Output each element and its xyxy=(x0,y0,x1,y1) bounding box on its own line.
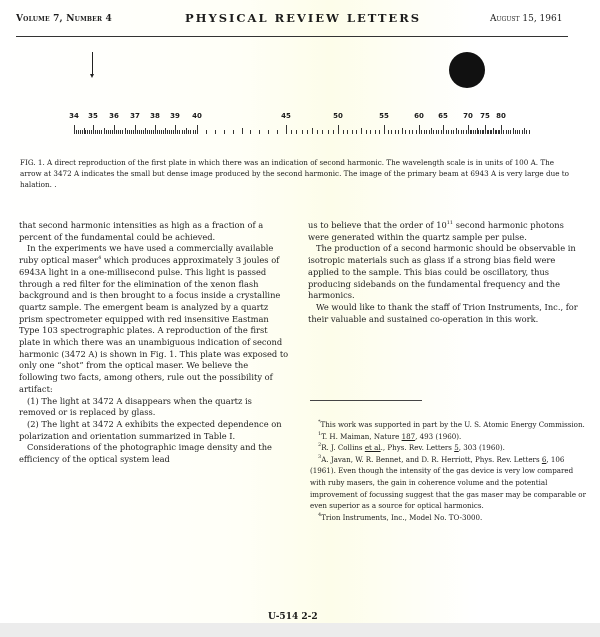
scale-tick xyxy=(169,130,170,134)
scale-tick xyxy=(451,130,452,134)
scale-tick xyxy=(338,125,339,134)
paragraph: (2) The light at 3472 A exhibits the exp… xyxy=(19,419,289,442)
scale-tick xyxy=(165,128,166,134)
scale-tick xyxy=(508,130,509,134)
scale-tick xyxy=(366,130,367,134)
scale-tick xyxy=(87,130,88,134)
scale-tick xyxy=(307,130,308,134)
scale-tick xyxy=(302,130,303,134)
viewer-bottom-band xyxy=(0,623,600,637)
scale-tick xyxy=(416,130,417,134)
scale-label: 39 xyxy=(170,112,180,120)
scale-tick xyxy=(503,130,504,134)
scale-tick xyxy=(398,130,399,134)
scale-label: 34 xyxy=(69,112,79,120)
footnotes: *This work was supported in part by the … xyxy=(310,419,590,523)
scale-label: 50 xyxy=(333,112,343,120)
scale-label: 65 xyxy=(438,112,448,120)
scale-tick xyxy=(101,130,102,134)
scale-tick xyxy=(188,130,189,134)
scale-tick xyxy=(347,130,348,134)
scale-label: 80 xyxy=(496,112,506,120)
scale-tick xyxy=(97,130,98,134)
scale-tick xyxy=(379,130,380,134)
scale-tick xyxy=(424,130,425,134)
scale-label: 36 xyxy=(109,112,119,120)
footnote: 2R. J. Collins et al., Phys. Rev. Letter… xyxy=(310,442,590,454)
second-harmonic-arrow-icon xyxy=(92,52,93,76)
scale-tick xyxy=(186,128,187,134)
scale-tick xyxy=(429,130,430,134)
scale-tick xyxy=(157,130,158,134)
scale-tick xyxy=(190,130,191,134)
scale-tick xyxy=(82,130,83,134)
scale-label: 75 xyxy=(480,112,490,120)
scale-tick xyxy=(104,128,105,134)
paragraph: The production of a second harmonic shou… xyxy=(308,243,580,302)
scale-tick xyxy=(446,130,447,134)
scale-tick xyxy=(193,130,194,134)
scale-tick xyxy=(139,130,140,134)
scale-tick xyxy=(131,130,132,134)
scale-tick xyxy=(436,130,437,134)
scale-tick xyxy=(184,130,185,134)
scale-tick xyxy=(456,128,457,134)
paragraph: (1) The light at 3472 A disappears when … xyxy=(19,396,289,419)
scale-tick xyxy=(388,130,389,134)
scale-label: 35 xyxy=(88,112,98,120)
scale-tick xyxy=(153,130,154,134)
scale-tick xyxy=(114,125,115,134)
wavelength-scale: 343536373839404550556065707580 xyxy=(58,112,528,134)
scale-tick xyxy=(122,130,123,134)
scale-tick xyxy=(517,130,518,134)
scale-tick xyxy=(421,130,422,134)
scale-tick xyxy=(74,125,75,134)
scale-tick xyxy=(215,130,216,134)
scale-tick xyxy=(352,130,353,134)
journal-title: PHYSICAL REVIEW LETTERS xyxy=(185,11,421,25)
scale-tick xyxy=(145,128,146,134)
scale-tick xyxy=(458,130,459,134)
scale-tick xyxy=(506,130,507,134)
primary-beam-image xyxy=(449,52,485,88)
scale-tick xyxy=(147,130,148,134)
scale-label: 60 xyxy=(414,112,424,120)
scale-tick xyxy=(529,130,530,134)
scale-tick xyxy=(513,128,514,134)
scale-tick xyxy=(370,130,371,134)
paragraph: that second harmonic intensities as high… xyxy=(19,220,289,243)
scale-tick xyxy=(129,130,130,134)
scale-tick xyxy=(453,130,454,134)
scale-tick xyxy=(149,130,150,134)
scale-tick xyxy=(391,130,392,134)
paragraph: We would like to thank the staff of Trio… xyxy=(308,302,580,325)
paragraph: In the experiments we have used a commer… xyxy=(19,243,289,395)
scale-tick xyxy=(441,130,442,134)
scale-tick xyxy=(426,130,427,134)
scale-tick xyxy=(519,130,520,134)
scale-tick xyxy=(375,130,376,134)
footnote: 3A. Javan, W. R. Bennet, and D. R. Herri… xyxy=(310,454,590,512)
scale-tick xyxy=(268,130,269,134)
scale-tick xyxy=(224,130,225,134)
scale-tick xyxy=(125,128,126,134)
scale-tick xyxy=(163,130,164,134)
scale-tick xyxy=(510,130,511,134)
scale-tick xyxy=(137,130,138,134)
scale-tick xyxy=(250,130,251,134)
scale-tick xyxy=(171,130,172,134)
scale-tick xyxy=(195,130,196,134)
paper-page: Volume 7, Number 4 PHYSICAL REVIEW LETTE… xyxy=(0,0,600,623)
footnote: 4Trion Instruments, Inc., Model No. TO-3… xyxy=(310,512,590,524)
scale-tick xyxy=(118,130,119,134)
footnote: 1T. H. Maiman, Nature 187, 493 (1960). xyxy=(310,431,590,443)
scale-tick xyxy=(395,130,396,134)
scale-tick xyxy=(177,130,178,134)
figure-caption: FIG. 1. A direct reproduction of the fir… xyxy=(20,157,575,190)
scale-tick xyxy=(182,130,183,134)
scale-tick xyxy=(179,130,180,134)
scale-tick xyxy=(419,125,420,134)
scale-tick xyxy=(461,130,462,134)
scale-tick xyxy=(384,125,385,134)
footnote-rule xyxy=(310,400,422,401)
scale-tick xyxy=(161,130,162,134)
scale-tick xyxy=(99,130,100,134)
scale-tick xyxy=(91,130,92,134)
scale-tick xyxy=(159,130,160,134)
scale-tick xyxy=(112,130,113,134)
scale-tick xyxy=(78,130,79,134)
scale-tick xyxy=(361,128,362,134)
scale-tick xyxy=(143,130,144,134)
scale-tick xyxy=(155,125,156,134)
scale-label: 38 xyxy=(150,112,160,120)
scale-tick xyxy=(343,130,344,134)
scale-tick xyxy=(277,130,278,134)
scale-tick xyxy=(167,130,168,134)
scale-tick xyxy=(524,128,525,134)
scale-tick xyxy=(151,130,152,134)
scale-tick xyxy=(175,125,176,134)
scale-tick xyxy=(291,130,292,134)
scale-tick xyxy=(80,130,81,134)
scale-tick xyxy=(412,130,413,134)
scale-tick xyxy=(312,128,313,134)
scale-tick xyxy=(116,130,117,134)
left-column: that second harmonic intensities as high… xyxy=(19,220,289,466)
scale-tick xyxy=(433,130,434,134)
scale-tick xyxy=(328,130,329,134)
header-rule xyxy=(16,36,568,37)
scale-tick xyxy=(438,130,439,134)
scale-tick xyxy=(133,130,134,134)
scale-tick xyxy=(110,130,111,134)
scale-tick xyxy=(173,130,174,134)
scale-tick xyxy=(526,130,527,134)
scale-tick xyxy=(443,125,444,134)
scale-tick xyxy=(317,130,318,134)
scale-tick xyxy=(127,130,128,134)
scale-label: 70 xyxy=(463,112,473,120)
scale-tick xyxy=(84,128,85,134)
right-column: us to believe that the order of 1011 sec… xyxy=(308,220,580,325)
paragraph: Considerations of the photographic image… xyxy=(19,442,289,465)
scale-tick xyxy=(501,125,502,134)
volume-number: Volume 7, Number 4 xyxy=(16,14,112,28)
scale-tick xyxy=(206,130,207,134)
scale-tick xyxy=(76,130,77,134)
footnote: *This work was supported in part by the … xyxy=(310,419,590,431)
scale-tick xyxy=(95,130,96,134)
scale-tick xyxy=(106,130,107,134)
scale-tick xyxy=(333,130,334,134)
scale-tick xyxy=(233,130,234,134)
issue-date: August 15, 1961 xyxy=(490,14,562,28)
scale-tick xyxy=(402,128,403,134)
scale-tick xyxy=(431,128,432,134)
scale-tick xyxy=(120,130,121,134)
scale-tick xyxy=(522,130,523,134)
scale-tick xyxy=(515,130,516,134)
scale-tick xyxy=(197,125,198,134)
scale-tick xyxy=(466,130,467,134)
paragraph: us to believe that the order of 1011 sec… xyxy=(308,220,580,243)
scale-tick xyxy=(242,128,243,134)
scale-tick xyxy=(141,130,142,134)
scale-tick xyxy=(356,130,357,134)
scale-tick xyxy=(405,130,406,134)
scale-tick xyxy=(93,125,94,134)
scale-tick xyxy=(448,130,449,134)
scale-tick xyxy=(108,130,109,134)
scale-tick xyxy=(135,125,136,134)
scale-tick xyxy=(409,130,410,134)
scale-tick xyxy=(322,130,323,134)
scale-tick xyxy=(259,130,260,134)
scale-tick xyxy=(463,130,464,134)
scale-tick xyxy=(85,130,86,134)
scale-label: 40 xyxy=(192,112,202,120)
scale-tick xyxy=(296,130,297,134)
scale-tick xyxy=(89,130,90,134)
scale-label: 55 xyxy=(379,112,389,120)
scale-label: 45 xyxy=(281,112,291,120)
page-number: U-514 2-2 xyxy=(268,612,318,622)
scale-tick xyxy=(286,125,287,134)
scale-label: 37 xyxy=(130,112,140,120)
